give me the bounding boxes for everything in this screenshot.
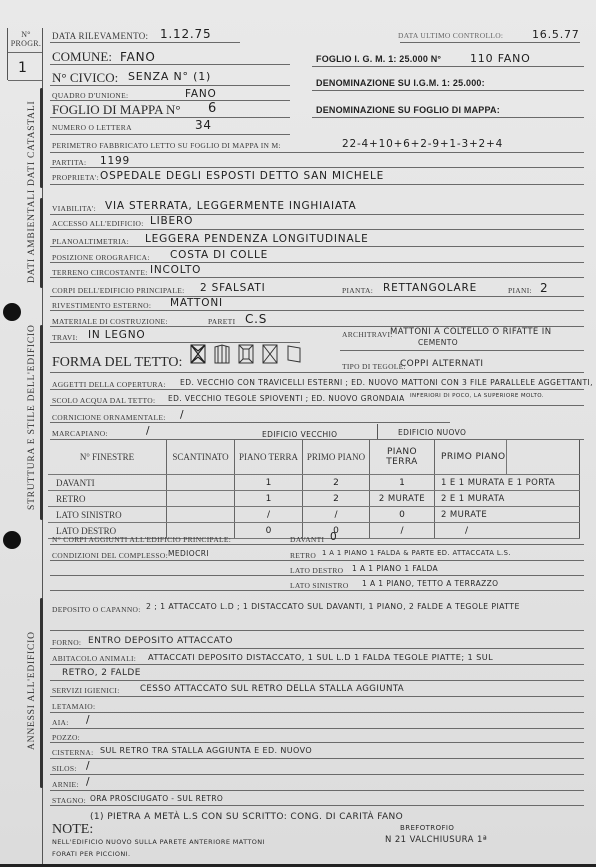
posizione-value: COSTA DI COLLE (170, 249, 268, 261)
tegole-label: TIPO DI TEGOLE: (342, 362, 406, 371)
punch-hole-top (3, 303, 21, 321)
corpi-label: CORPI DELL'EDIFICIO PRINCIPALE: (52, 286, 184, 295)
stagno-label: STAGNO: (52, 796, 86, 805)
abitacolo-value-2: RETRO, 2 FALDE (62, 668, 141, 678)
pianta-label: PIANTA: (342, 286, 373, 295)
servizi-value: CESSO ATTACCATO SUL RETRO DELLA STALLA A… (140, 684, 404, 694)
mappa-denominazione-label: DENOMINAZIONE SU FOGLIO DI MAPPA: (316, 105, 500, 115)
condizioni-value: MEDIOCRI (168, 549, 209, 558)
note-line-3: FORATI PER PICCIONI. (52, 850, 130, 858)
piani-label: PIANI: (508, 286, 532, 295)
materiale-label: MATERIALE DI COSTRUZIONE: (52, 317, 168, 326)
igm-denominazione-label: DENOMINAZIONE SU I.G.M. 1: 25.000: (316, 78, 485, 88)
progr-box-divider (8, 52, 42, 53)
vecchio-nuovo-divider (377, 424, 378, 440)
rule (50, 422, 450, 423)
forno-label: FORNO: (52, 638, 81, 647)
data-ultimo-controllo-label: DATA ULTIMO CONTROLLO: (398, 31, 503, 40)
terreno-value: INCOLTO (150, 264, 201, 276)
rule (50, 296, 584, 297)
progr-box-bottom (8, 80, 42, 81)
cell-nuovo-pt: 2 MURATE (370, 491, 435, 507)
rule (50, 389, 584, 390)
roof-padiglione-crossed-icon[interactable] (190, 344, 206, 364)
deposito-value: 2 ; 1 ATTACCATO L.D ; 1 DISTACCATO SUL D… (146, 602, 520, 611)
comune-value: FANO (120, 50, 156, 64)
aggetti-value-2: INFERIORI DI POCO, LA SUPERIORE MOLTO. (410, 393, 544, 399)
rule (50, 790, 584, 791)
perimetro-value: 22-4+10+6+2-9+1-3+2+4 (342, 138, 503, 150)
col-header-nuovo-piano-terra: PIANO TERRA (370, 440, 435, 475)
numero-lettera-value: 34 (195, 118, 212, 132)
rivestimento-label: RIVESTIMENTO ESTERNO: (52, 301, 151, 310)
cell-vecchio-pt: 1 (235, 491, 303, 507)
retro-label: RETRO (290, 551, 316, 560)
edificio-vecchio-label: EDIFICIO VECCHIO (262, 430, 338, 439)
corpi-davanti-value: 0 (330, 531, 337, 543)
bracket-catastali (40, 88, 43, 188)
stagno-value: ORA PROSCIUGATO - SUL RETRO (90, 794, 223, 803)
rule (50, 590, 584, 591)
arnie-value: / (86, 776, 90, 788)
aggetti-label: AGGETTI DELLA COPERTURA: (52, 380, 166, 389)
corpi-aggiunti-label: N° CORPI AGGIUNTI ALL'EDIFICIO PRINCIPAL… (52, 535, 231, 544)
n-progr-value: 1 (18, 60, 28, 76)
roof-hip-icon[interactable] (262, 344, 278, 364)
roof-padiglione-icon[interactable] (238, 344, 254, 364)
rule (50, 229, 584, 230)
abitacolo-label: ABITACOLO ANIMALI: (52, 654, 136, 663)
rule (50, 680, 584, 681)
rule (50, 152, 584, 153)
viabilita-label: VIABILITA': (52, 204, 96, 213)
pianta-value: RETTANGOLARE (383, 282, 477, 294)
cell-vecchio-pp: 2 (303, 475, 370, 491)
numero-lettera-label: NUMERO o LETTERA (52, 123, 132, 132)
cell-scantinato (167, 475, 235, 491)
igm-foglio-label: FOGLIO I. G. M. 1: 25.000 N° (316, 54, 441, 64)
punch-hole-bottom (3, 531, 21, 549)
rule (50, 167, 584, 168)
pozzo-label: POZZO: (52, 733, 80, 742)
data-ultimo-controllo-value: 16.5.77 (532, 28, 580, 41)
col-header-vecchio-piano-terra: PIANO TERRA (235, 440, 303, 475)
row-label: LATO SINISTRO (48, 507, 167, 523)
rule (50, 117, 290, 118)
partita-value: 1199 (100, 155, 130, 167)
cell-vecchio-pp: / (303, 507, 370, 523)
section-label-struttura: STRUTTURA E STILE DELL'EDIFICIO (27, 324, 37, 510)
col-header-finestre: N° FINESTRE (48, 440, 167, 475)
rule (50, 214, 584, 215)
row-label: DAVANTI (48, 475, 167, 491)
table-row: DAVANTI 1 2 1 1 e 1 MURATA e 1 PORTA (48, 475, 580, 491)
bracket-ambientali (40, 198, 43, 288)
cell-nuovo-pt: 1 (370, 475, 435, 491)
rule (312, 90, 584, 91)
terreno-label: TERRENO CIRCOSTANTE: (52, 268, 148, 277)
cell-nuovo-pp: 1 e 1 MURATA e 1 PORTA (435, 475, 580, 491)
col-header-scantinato: SCANTINATO (167, 440, 235, 475)
comune-label: COMUNE: (52, 49, 112, 65)
cisterna-label: CISTERNA: (52, 748, 93, 757)
cell-nuovo-pt: / (370, 523, 435, 539)
architravi-label: ARCHITRAVI: (342, 330, 393, 339)
bracket-struttura (40, 325, 43, 520)
letamaio-label: LETAMAIO: (52, 702, 95, 711)
corpi-value: 2 SFALSATI (200, 282, 266, 294)
civico-label: N° CIVICO: (52, 70, 118, 86)
foglio-mappa-value: 6 (208, 101, 217, 116)
cornicione-label: CORNICIONE ORNAMENTALE: (52, 413, 166, 422)
architravi-value: MATTONI A COLTELLO O RIFATTE IN (390, 327, 551, 337)
materiale-sub-label: PARETI (208, 317, 235, 326)
cell-nuovo-pt: 0 (370, 507, 435, 523)
rivestimento-value: MATTONI (170, 297, 223, 309)
rule (50, 184, 584, 185)
proprieta-label: PROPRIETA': (52, 173, 99, 182)
lato-sinistro-label: LATO SINISTRO (290, 581, 349, 590)
cell-nuovo-pp: 2 MURATE (435, 507, 580, 523)
rule (340, 350, 584, 351)
cisterna-value: SUL RETRO TRA STALLA AGGIUNTA E ED. NUOV… (100, 746, 312, 755)
rule (50, 42, 240, 43)
silos-value: / (86, 760, 90, 772)
note-line-2: NELL'EDIFICIO NUOVO SULLA PARETE ANTERIO… (52, 838, 265, 846)
rule (50, 774, 584, 775)
table-row: LATO SINISTRO / / 0 2 MURATE (48, 507, 580, 523)
scolo-label: SCOLO ACQUA DAL TETTO: (52, 396, 155, 405)
rule (50, 64, 290, 65)
piani-value: 2 (540, 281, 548, 295)
rule (50, 648, 584, 649)
marcapiano-label: MARCAPIANO: (52, 429, 108, 438)
rule (400, 42, 580, 43)
lato-destro-label: LATO DESTRO (290, 566, 343, 575)
table-row: RETRO 1 2 2 MURATE 2 e 1 MURATA (48, 491, 580, 507)
rule (50, 712, 584, 713)
data-rilevamento-value: 1.12.75 (160, 27, 211, 41)
rule (50, 728, 584, 729)
proprieta-value: OSPEDALE DEGLI ESPOSTI DETTO SAN MICHELE (100, 170, 384, 182)
posizione-label: POSIZIONE OROGRAFICA: (52, 253, 150, 262)
note-line-2-right: N 21 VALCHIUSURA 1ª (385, 835, 487, 845)
rule (50, 560, 584, 561)
row-label: RETRO (48, 491, 167, 507)
cornicione-value: / (180, 409, 184, 421)
table-header-row: N° FINESTRE SCANTINATO PIANO TERRA PRIMO… (48, 440, 580, 475)
planoaltimetria-label: PLANOALTIMETRIA: (52, 237, 129, 246)
rule (312, 117, 584, 118)
note-label: NOTE: (52, 822, 93, 838)
note-line-1-sub: BREFOTROFIO (400, 824, 454, 832)
survey-form: N° PROGR. 1 DATI CATASTALI DATI AMBIENTA… (0, 0, 596, 867)
deposito-label: DEPOSITO o CAPANNO: (52, 605, 141, 614)
arnie-label: ARNIE: (52, 780, 79, 789)
planoaltimetria-value: LEGGERA PENDENZA LONGITUDINALE (145, 233, 369, 245)
rule (50, 342, 300, 343)
rule (50, 262, 584, 263)
rule (50, 696, 584, 697)
architravi-value-2: CEMENTO (418, 338, 458, 347)
lato-destro-value: 1 A 1 PIANO 1 FALDA (352, 564, 438, 573)
scolo-value: ED. VECCHIO TEGOLE SPIOVENTI ; ED. NUOVO… (168, 394, 405, 403)
marcapiano-value: / (146, 425, 150, 437)
accesso-value: LIBERO (150, 215, 193, 227)
cell-nuovo-pp: 2 e 1 MURATA (435, 491, 580, 507)
section-label-catastali: DATI CATASTALI (27, 101, 37, 186)
foglio-mappa-label: FOGLIO DI MAPPA N° (52, 102, 181, 118)
rule (50, 742, 584, 743)
rule (50, 310, 584, 311)
tegole-value: COPPI ALTERNATI (400, 359, 483, 369)
corpi-davanti-label: DAVANTI (290, 535, 324, 544)
aia-value: / (86, 714, 90, 726)
rule (50, 100, 290, 101)
perimetro-label: PERIMETRO FABBRICATO LETTO SU FOGLIO DI … (52, 141, 281, 150)
quadro-value: FANO (185, 88, 217, 100)
materiale-value: C.S (245, 312, 267, 326)
roof-capanna-icon[interactable] (214, 344, 230, 364)
bracket-annessi (40, 598, 43, 788)
abitacolo-value: ATTACCATI DEPOSITO DISTACCATO, 1 SUL L.D… (148, 652, 493, 662)
travi-label: TRAVI: (52, 333, 78, 342)
rule (50, 277, 584, 278)
forma-tetto-label: FORMA DEL TETTO: (52, 355, 182, 371)
travi-value: IN LEGNO (88, 329, 145, 341)
cell-vecchio-pp: 2 (303, 491, 370, 507)
rule (50, 575, 584, 576)
rule (50, 405, 584, 406)
rule (50, 805, 584, 806)
section-label-annessi: ANNESSI ALL'EDIFICIO (27, 631, 37, 750)
rule (50, 630, 584, 631)
rule (50, 544, 584, 545)
roof-shape-options (190, 344, 306, 364)
condizioni-label: CONDIZIONI DEL COMPLESSO: (52, 551, 168, 560)
n-progr-label: N° PROGR. (10, 30, 42, 48)
note-line-1: (1) PIETRA A METÀ L.S CON SU SCRITTO: CO… (90, 812, 403, 822)
retro-value: 1 A 1 PIANO 1 FALDA & PARTE ED. ATTACCAT… (322, 549, 511, 557)
aia-label: AIA: (52, 718, 69, 727)
col-header-nuovo-primo-piano: PRIMO PIANO (435, 440, 507, 475)
rule (50, 758, 584, 759)
aggetti-value: ED. VECCHIO CON TRAVICELLI ESTERNI ; ED.… (180, 378, 596, 387)
cell-nuovo-pp: / (435, 523, 580, 539)
cell-vecchio-pt: 1 (235, 475, 303, 491)
igm-foglio-value: 110 FANO (470, 52, 531, 65)
quadro-label: QUADRO D'UNIONE: (52, 91, 128, 100)
rule (50, 372, 584, 373)
viabilita-value: VIA STERRATA, LEGGERMENTE INGHIAIATA (105, 200, 356, 212)
cell-scantinato (167, 507, 235, 523)
cell-scantinato (167, 491, 235, 507)
section-label-ambientali: DATI AMBIENTALI (27, 189, 37, 283)
rule (50, 246, 584, 247)
col-header-vecchio-primo-piano: PRIMO PIANO (303, 440, 370, 475)
progr-box-left (7, 28, 8, 80)
rule (50, 664, 584, 665)
lato-sinistro-value: 1 A 1 PIANO, TETTO A TERRAZZO (362, 579, 498, 588)
data-rilevamento-label: DATA RILEVAMENTO: (52, 31, 148, 41)
partita-label: PARTITA: (52, 158, 86, 167)
rule (50, 85, 290, 86)
col-header-extra (507, 440, 580, 475)
civico-value: SENZA N° (1) (128, 70, 211, 83)
servizi-label: SERVIZI IGIENICI: (52, 686, 120, 695)
accesso-label: ACCESSO ALL'EDIFICIO: (52, 219, 144, 228)
roof-single-pitch-icon[interactable] (286, 344, 302, 364)
cell-vecchio-pt: / (235, 507, 303, 523)
forno-value: ENTRO DEPOSITO ATTACCATO (88, 636, 233, 646)
rule (50, 134, 290, 135)
silos-label: SILOS: (52, 764, 77, 773)
edificio-nuovo-label: EDIFICIO NUOVO (398, 428, 466, 437)
finestre-table: N° FINESTRE SCANTINATO PIANO TERRA PRIMO… (48, 440, 580, 539)
rule (312, 66, 584, 67)
